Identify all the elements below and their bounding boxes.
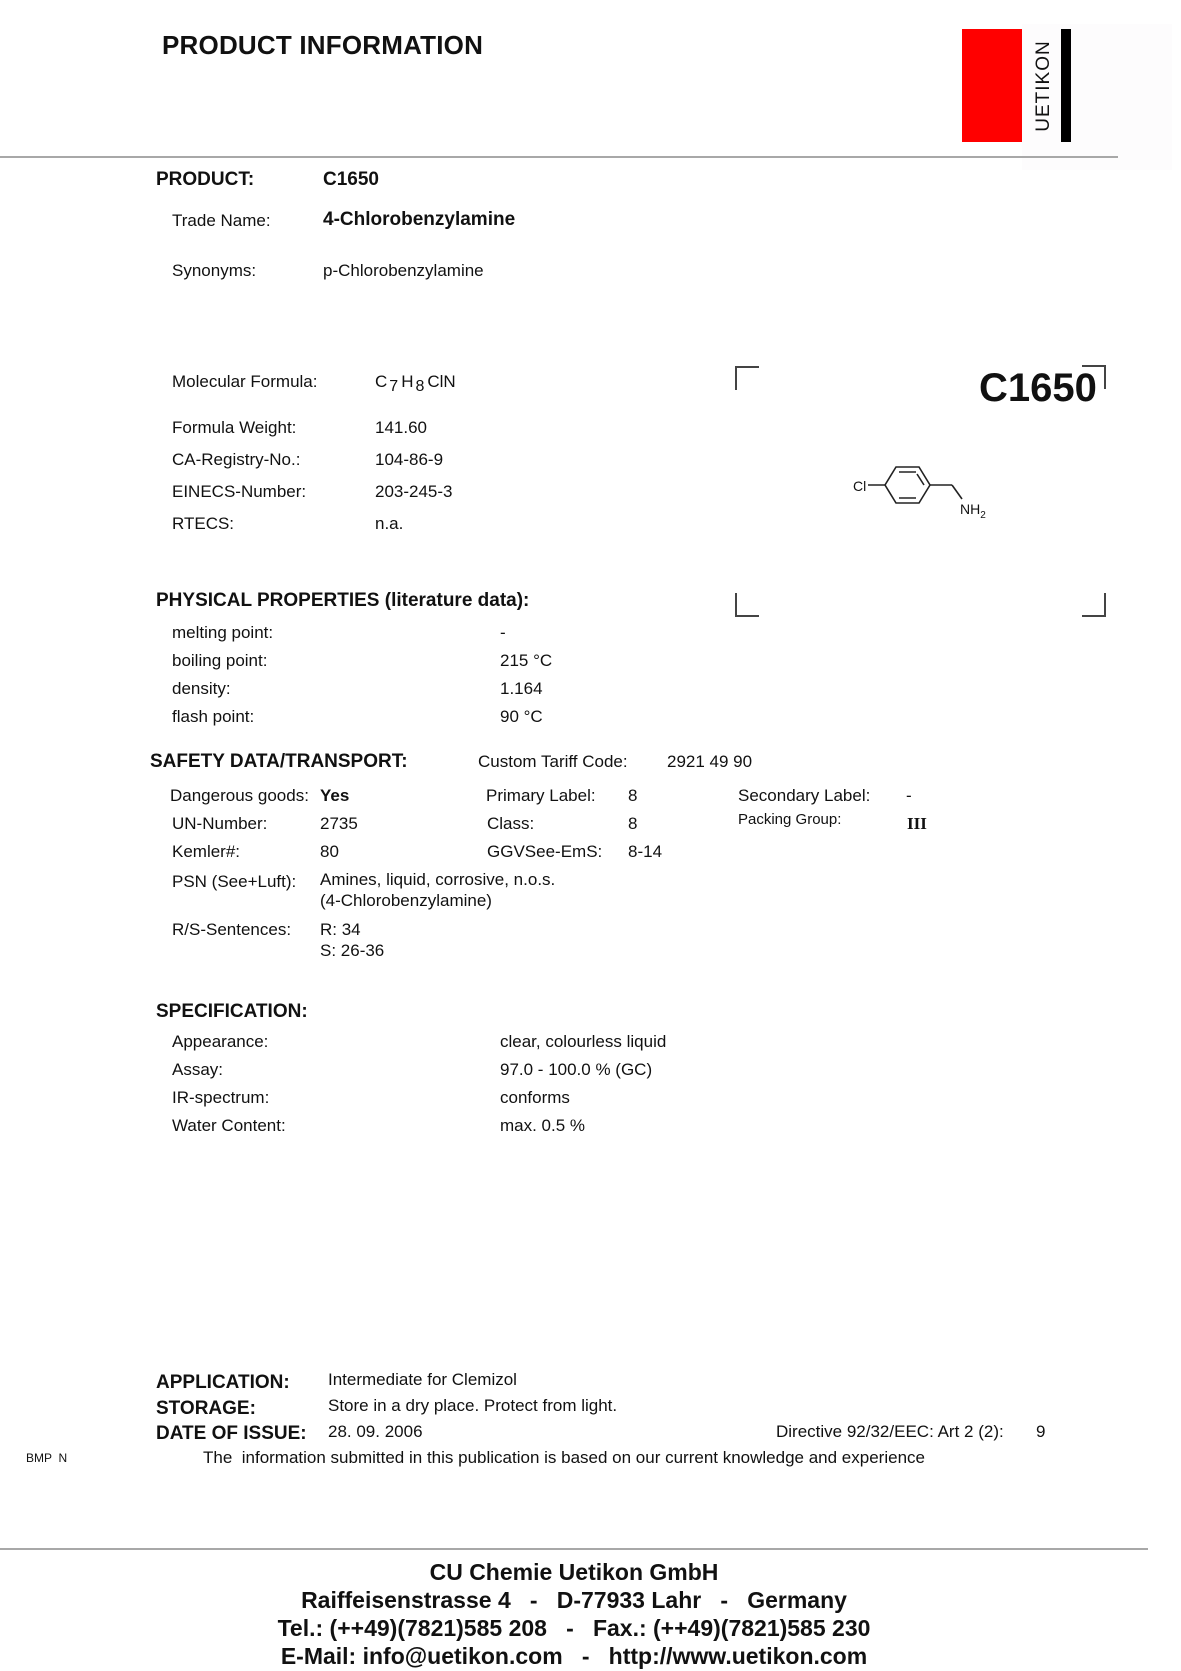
physical-properties-heading: PHYSICAL PROPERTIES (literature data): [156, 590, 529, 612]
physical-property-value: 1.164 [500, 679, 543, 699]
specification-value: clear, colourless liquid [500, 1032, 666, 1052]
logo-red-block [962, 29, 1022, 142]
formula-weight-label: Formula Weight: [172, 418, 296, 438]
synonyms-label: Synonyms: [172, 261, 256, 281]
logo-black-bar [1061, 29, 1071, 142]
physical-property-label: melting point: [172, 623, 273, 643]
class-value: 8 [628, 814, 637, 834]
secondary-label-label: Secondary Label: [738, 786, 870, 806]
bmp-code: BMP N [26, 1451, 67, 1465]
class-label: Class: [487, 814, 534, 834]
formula-c: C [375, 372, 387, 391]
psn-line-2: (4-Chlorobenzylamine) [320, 891, 492, 911]
crop-mark-bottom-left [735, 593, 759, 617]
formula-c-count: 7 [387, 378, 401, 395]
crop-mark-bottom-right [1082, 593, 1106, 617]
page-title: PRODUCT INFORMATION [162, 30, 483, 61]
primary-label-value: 8 [628, 786, 637, 806]
secondary-label-value: - [906, 786, 912, 806]
safety-heading: SAFETY DATA/TRANSPORT: [150, 751, 408, 773]
date-of-issue-label: DATE OF ISSUE: [156, 1423, 307, 1445]
packing-group-value: III [907, 814, 927, 834]
specification-label: IR-spectrum: [172, 1088, 269, 1108]
specification-value: max. 0.5 % [500, 1116, 585, 1136]
structure-code: C1650 [979, 366, 1097, 411]
formula-h: H [401, 372, 413, 391]
specification-label: Assay: [172, 1060, 223, 1080]
synonyms-value: p-Chlorobenzylamine [323, 261, 484, 281]
einecs-value: 203-245-3 [375, 482, 453, 502]
trade-name-label: Trade Name: [172, 211, 271, 231]
application-label: APPLICATION: [156, 1372, 290, 1394]
storage-label: STORAGE: [156, 1398, 256, 1420]
molecular-formula-label: Molecular Formula: [172, 372, 318, 392]
tariff-value: 2921 49 90 [667, 752, 752, 772]
physical-property-value: 215 °C [500, 651, 552, 671]
disclaimer: The information submitted in this public… [203, 1448, 925, 1468]
footer-company: CU Chemie Uetikon GmbH [0, 1559, 1148, 1586]
footer-email-web: E-Mail: info@uetikon.com - http://www.ue… [0, 1643, 1148, 1670]
dangerous-goods-label: Dangerous goods: [170, 786, 309, 806]
rtecs-value: n.a. [375, 514, 403, 534]
tariff-label: Custom Tariff Code: [478, 752, 628, 772]
un-number-value: 2735 [320, 814, 358, 834]
s-sentences-value: S: 26-36 [320, 941, 384, 961]
specification-label: Water Content: [172, 1116, 286, 1136]
kemler-label: Kemler#: [172, 842, 240, 862]
packing-group-label: Packing Group: [738, 811, 841, 828]
cas-label: CA-Registry-No.: [172, 450, 300, 470]
physical-property-label: boiling point: [172, 651, 267, 671]
physical-property-label: flash point: [172, 707, 254, 727]
physical-property-label: density: [172, 679, 231, 699]
un-number-label: UN-Number: [172, 814, 267, 834]
specification-value: 97.0 - 100.0 % (GC) [500, 1060, 652, 1080]
footer-address: Raiffeisenstrasse 4 - D-77933 Lahr - Ger… [0, 1587, 1148, 1614]
date-of-issue-value: 28. 09. 2006 [328, 1422, 423, 1442]
trade-name: 4-Chlorobenzylamine [323, 209, 515, 231]
product-code: C1650 [323, 169, 379, 191]
footer-phone-fax: Tel.: (++49)(7821)585 208 - Fax.: (++49)… [0, 1615, 1148, 1642]
directive-label: Directive 92/32/EEC: Art 2 (2): [776, 1422, 1004, 1442]
crop-mark-top-left [735, 366, 759, 390]
rtecs-label: RTECS: [172, 514, 234, 534]
specification-value: conforms [500, 1088, 570, 1108]
kemler-value: 80 [320, 842, 339, 862]
footer-divider [0, 1548, 1148, 1550]
specification-label: Appearance: [172, 1032, 268, 1052]
psn-line-1: Amines, liquid, corrosive, n.o.s. [320, 870, 555, 890]
formula-weight-value: 141.60 [375, 418, 427, 438]
cas-value: 104-86-9 [375, 450, 443, 470]
physical-property-value: 90 °C [500, 707, 543, 727]
application-value: Intermediate for Clemizol [328, 1370, 517, 1390]
r-sentences-value: R: 34 [320, 920, 361, 940]
logo-wordmark: UETIKON [1033, 40, 1055, 131]
directive-value: 9 [1036, 1422, 1045, 1442]
specification-heading: SPECIFICATION: [156, 1001, 308, 1023]
storage-value: Store in a dry place. Protect from light… [328, 1396, 617, 1416]
einecs-label: EINECS-Number: [172, 482, 306, 502]
logo-text: UETIKON [1028, 29, 1060, 142]
product-label: PRODUCT: [156, 169, 254, 191]
molecular-formula: C7H8ClN [375, 372, 456, 392]
rs-sentences-label: R/S-Sentences: [172, 920, 291, 940]
ggvsee-label: GGVSee-EmS: [487, 842, 602, 862]
physical-property-value: - [500, 623, 506, 643]
ggvsee-value: 8-14 [628, 842, 662, 862]
dangerous-goods-value: Yes [320, 786, 349, 806]
primary-label-label: Primary Label: [486, 786, 596, 806]
psn-label: PSN (See+Luft): [172, 872, 296, 892]
nh2-atom-label: NH2 [960, 501, 986, 520]
header-divider [0, 156, 1118, 158]
formula-h-count: 8 [413, 378, 427, 395]
chemical-structure-diagram: Cl NH2 [840, 455, 1000, 520]
cl-atom-label: Cl [853, 478, 866, 494]
formula-cln: ClN [427, 372, 455, 391]
